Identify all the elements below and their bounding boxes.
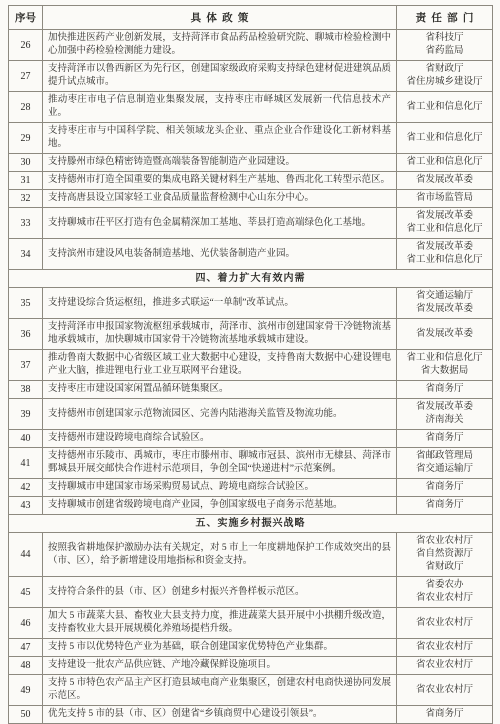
department-cell: 省科技厅省药监局	[397, 30, 493, 61]
policy-row: 37推动鲁南大数据中心省级区域工业大数据中心建设，支持鲁南大数据中心建设锂电产业…	[9, 350, 493, 381]
policy-row: 33支持聊城市茌平区打造有色金属精深加工基地、莘县打造高端绿色化工基地。省发展改…	[9, 208, 493, 239]
policy-row: 44按照我省耕地保护激励办法有关规定，对 5 市上一年度耕地保护工作成效突出的县…	[9, 533, 493, 577]
row-number: 43	[9, 497, 43, 515]
department-cell: 省市场监管局	[397, 190, 493, 208]
department-name: 济南海关	[398, 414, 491, 427]
row-number: 33	[9, 208, 43, 239]
policy-row: 27支持菏泽市以鲁西新区为先行区，创建国家级政府采购支持绿色建材促进建筑品质提升…	[9, 61, 493, 92]
department-name: 省工业和信息化厅	[398, 254, 491, 267]
department-name: 省发展改革委	[398, 303, 491, 316]
department-name: 省商务厅	[398, 481, 491, 494]
row-number: 44	[9, 533, 43, 577]
document-page: 序号 具 体 政 策 责 任 部 门 26加快推进医药产业创新发展，支持菏泽市食…	[0, 0, 500, 724]
department-cell: 省商务厅	[397, 497, 493, 515]
section-title: 五、实施乡村振兴战略	[9, 515, 493, 533]
department-name: 省发展改革委	[398, 401, 491, 414]
policy-row: 32支持高唐县设立国家轻工业食品质量监督检测中心山东分中心。省市场监管局	[9, 190, 493, 208]
department-cell: 省发展改革委省工业和信息化厅	[397, 208, 493, 239]
policy-text: 支持德州市乐陵市、禹城市，枣庄市滕州市、聊城市冠县、滨州市无棣县、菏泽市鄄城县开…	[43, 448, 397, 479]
policy-row: 28推动枣庄市电子信息制造业集聚发展，支持枣庄市峄城区发展新一代信息技术产业。省…	[9, 92, 493, 123]
row-number: 48	[9, 657, 43, 675]
department-name: 省大数据局	[398, 365, 491, 378]
row-number: 36	[9, 319, 43, 350]
row-number: 29	[9, 123, 43, 154]
row-number: 46	[9, 608, 43, 639]
section-title: 四、着力扩大有效内需	[9, 270, 493, 288]
department-name: 省委农办	[398, 579, 491, 592]
department-name: 省农业农村厅	[398, 535, 491, 548]
department-cell: 省商务厅	[397, 706, 493, 724]
department-name: 省交通运输厅	[398, 463, 491, 476]
policy-text: 支持 5 市以优势特色产业为基础，联合创建国家优势特色产业集群。	[43, 639, 397, 657]
row-number: 47	[9, 639, 43, 657]
policy-row: 42支持聊城市申建国家市场采购贸易试点、跨境电商综合试验区。省商务厅	[9, 479, 493, 497]
department-name: 省发展改革委	[398, 241, 491, 254]
department-name: 省自然资源厅	[398, 548, 491, 561]
row-number: 42	[9, 479, 43, 497]
policy-row: 43支持聊城市创建省级跨境电商产业园，争创国家级电子商务示范基地。省商务厅	[9, 497, 493, 515]
department-name: 省工业和信息化厅	[398, 101, 491, 114]
department-name: 省农业农村厅	[398, 617, 491, 630]
policy-row: 40支持德州市建设跨境电商综合试验区。省商务厅	[9, 430, 493, 448]
row-number: 35	[9, 288, 43, 319]
row-number: 31	[9, 172, 43, 190]
department-cell: 省商务厅	[397, 381, 493, 399]
row-number: 45	[9, 577, 43, 608]
department-cell: 省邮政管理局省交通运输厅	[397, 448, 493, 479]
department-cell: 省发展改革委省工业和信息化厅	[397, 239, 493, 270]
policy-row: 36支持菏泽市申报国家物流枢纽承载城市，菏泽市、滨州市创建国家骨干冷链物流基地承…	[9, 319, 493, 350]
policy-row: 41支持德州市乐陵市、禹城市，枣庄市滕州市、聊城市冠县、滨州市无棣县、菏泽市鄄城…	[9, 448, 493, 479]
policy-text: 按照我省耕地保护激励办法有关规定，对 5 市上一年度耕地保护工作成效突出的县（市…	[43, 533, 397, 577]
department-name: 省农业农村厅	[398, 592, 491, 605]
department-cell: 省委农办省农业农村厅	[397, 577, 493, 608]
department-cell: 省商务厅	[397, 430, 493, 448]
row-number: 26	[9, 30, 43, 61]
department-name: 省工业和信息化厅	[398, 132, 491, 145]
department-name: 省商务厅	[398, 708, 491, 721]
policy-text: 加大 5 市蔬菜大县、畜牧业大县支持力度，推进蔬菜大县开展中小拱棚升级改造，支持…	[43, 608, 397, 639]
policy-row: 49支持 5 市特色农产品主产区打造县域电商产业集聚区，创建农村电商快递协同发展…	[9, 675, 493, 706]
department-name: 省邮政管理局	[398, 450, 491, 463]
department-cell: 省发展改革委济南海关	[397, 399, 493, 430]
policy-text: 加快推进医药产业创新发展，支持菏泽市食品药品检验研究院、聊城市检验检测中心加强中…	[43, 30, 397, 61]
policy-text: 支持菏泽市以鲁西新区为先行区，创建国家级政府采购支持绿色建材促进建筑品质提升试点…	[43, 61, 397, 92]
row-number: 41	[9, 448, 43, 479]
department-name: 省发展改革委	[398, 328, 491, 341]
department-name: 省农业农村厅	[398, 684, 491, 697]
department-name: 省财政厅	[398, 63, 491, 76]
policy-text: 支持枣庄市与中国科学院、相关领域龙头企业、重点企业合作建设化工新材料基地。	[43, 123, 397, 154]
row-number: 27	[9, 61, 43, 92]
department-name: 省商务厅	[398, 383, 491, 396]
department-name: 省药监局	[398, 45, 491, 58]
policy-text: 支持聊城市茌平区打造有色金属精深加工基地、莘县打造高端绿色化工基地。	[43, 208, 397, 239]
row-number: 50	[9, 706, 43, 724]
policy-row: 50优先支持 5 市的县（市、区）创建省“乡镇商贸中心建设引领县”。省商务厅	[9, 706, 493, 724]
department-name: 省农业农村厅	[398, 641, 491, 654]
policy-text: 支持建设一批农产品供应链、产地冷藏保鲜设施项目。	[43, 657, 397, 675]
policy-text: 支持菏泽市申报国家物流枢纽承载城市，菏泽市、滨州市创建国家骨干冷链物流基地承载城…	[43, 319, 397, 350]
policy-row: 47支持 5 市以优势特色产业为基础，联合创建国家优势特色产业集群。省农业农村厅	[9, 639, 493, 657]
policy-text: 支持聊城市创建省级跨境电商产业园，争创国家级电子商务示范基地。	[43, 497, 397, 515]
policy-row: 48支持建设一批农产品供应链、产地冷藏保鲜设施项目。省农业农村厅	[9, 657, 493, 675]
department-cell: 省工业和信息化厅	[397, 92, 493, 123]
policy-row: 38支持枣庄市建设国家闲置品循环链集聚区。省商务厅	[9, 381, 493, 399]
department-cell: 省农业农村厅	[397, 657, 493, 675]
section-row: 四、着力扩大有效内需	[9, 270, 493, 288]
row-number: 30	[9, 154, 43, 172]
row-number: 37	[9, 350, 43, 381]
department-name: 省发展改革委	[398, 210, 491, 223]
row-number: 28	[9, 92, 43, 123]
policy-text: 支持枣庄市建设国家闲置品循环链集聚区。	[43, 381, 397, 399]
department-cell: 省财政厅省住房城乡建设厅	[397, 61, 493, 92]
row-number: 32	[9, 190, 43, 208]
policy-row: 29支持枣庄市与中国科学院、相关领域龙头企业、重点企业合作建设化工新材料基地。省…	[9, 123, 493, 154]
section-row: 五、实施乡村振兴战略	[9, 515, 493, 533]
department-name: 省商务厅	[398, 499, 491, 512]
department-cell: 省工业和信息化厅省大数据局	[397, 350, 493, 381]
row-number: 39	[9, 399, 43, 430]
policy-text: 支持滨州市建设风电装备制造基地、光伏装备制造产业园。	[43, 239, 397, 270]
policy-text: 支持滕州市绿色精密铸造暨高端装备智能制造产业园建设。	[43, 154, 397, 172]
row-number: 38	[9, 381, 43, 399]
policy-text: 优先支持 5 市的县（市、区）创建省“乡镇商贸中心建设引领县”。	[43, 706, 397, 724]
department-name: 省工业和信息化厅	[398, 352, 491, 365]
policy-row: 39支持德州市创建国家示范物流园区、完善内陆港海关监管及物流功能。省发展改革委济…	[9, 399, 493, 430]
department-cell: 省发展改革委	[397, 319, 493, 350]
department-name: 省商务厅	[398, 432, 491, 445]
policy-text: 支持德州市创建国家示范物流园区、完善内陆港海关监管及物流功能。	[43, 399, 397, 430]
department-cell: 省工业和信息化厅	[397, 123, 493, 154]
policy-text: 支持 5 市特色农产品主产区打造县域电商产业集聚区，创建农村电商快递协同发展示范…	[43, 675, 397, 706]
department-cell: 省发展改革委	[397, 172, 493, 190]
row-number: 40	[9, 430, 43, 448]
column-header-number: 序号	[9, 6, 43, 30]
department-cell: 省农业农村厅	[397, 608, 493, 639]
department-name: 省工业和信息化厅	[398, 156, 491, 169]
department-name: 省财政厅	[398, 561, 491, 574]
department-name: 省交通运输厅	[398, 290, 491, 303]
department-cell: 省农业农村厅省自然资源厅省财政厅	[397, 533, 493, 577]
department-cell: 省农业农村厅	[397, 675, 493, 706]
policy-text: 支持符合条件的县（市、区）创建乡村振兴齐鲁样板示范区。	[43, 577, 397, 608]
policy-table: 序号 具 体 政 策 责 任 部 门 26加快推进医药产业创新发展，支持菏泽市食…	[8, 5, 493, 724]
policy-text: 支持建设综合货运枢纽，推进多式联运“一单制”改革试点。	[43, 288, 397, 319]
department-name: 省住房城乡建设厅	[398, 76, 491, 89]
policy-row: 46加大 5 市蔬菜大县、畜牧业大县支持力度，推进蔬菜大县开展中小拱棚升级改造，…	[9, 608, 493, 639]
department-cell: 省农业农村厅	[397, 639, 493, 657]
department-cell: 省商务厅	[397, 479, 493, 497]
policy-text: 支持德州市打造全国重要的集成电路关键材料生产基地、鲁西北化工转型示范区。	[43, 172, 397, 190]
department-cell: 省交通运输厅省发展改革委	[397, 288, 493, 319]
column-header-policy: 具 体 政 策	[43, 6, 397, 30]
policy-text: 支持聊城市申建国家市场采购贸易试点、跨境电商综合试验区。	[43, 479, 397, 497]
department-name: 省市场监管局	[398, 192, 491, 205]
department-cell: 省工业和信息化厅	[397, 154, 493, 172]
department-name: 省农业农村厅	[398, 659, 491, 672]
policy-row: 45支持符合条件的县（市、区）创建乡村振兴齐鲁样板示范区。省委农办省农业农村厅	[9, 577, 493, 608]
policy-text: 推动鲁南大数据中心省级区域工业大数据中心建设，支持鲁南大数据中心建设锂电产业大脑…	[43, 350, 397, 381]
policy-text: 支持德州市建设跨境电商综合试验区。	[43, 430, 397, 448]
policy-row: 35支持建设综合货运枢纽，推进多式联运“一单制”改革试点。省交通运输厅省发展改革…	[9, 288, 493, 319]
header-row: 序号 具 体 政 策 责 任 部 门	[9, 6, 493, 30]
policy-row: 34支持滨州市建设风电装备制造基地、光伏装备制造产业园。省发展改革委省工业和信息…	[9, 239, 493, 270]
policy-text: 支持高唐县设立国家轻工业食品质量监督检测中心山东分中心。	[43, 190, 397, 208]
department-name: 省工业和信息化厅	[398, 223, 491, 236]
policy-row: 30支持滕州市绿色精密铸造暨高端装备智能制造产业园建设。省工业和信息化厅	[9, 154, 493, 172]
department-name: 省科技厅	[398, 32, 491, 45]
department-name: 省发展改革委	[398, 174, 491, 187]
policy-row: 26加快推进医药产业创新发展，支持菏泽市食品药品检验研究院、聊城市检验检测中心加…	[9, 30, 493, 61]
row-number: 34	[9, 239, 43, 270]
row-number: 49	[9, 675, 43, 706]
policy-text: 推动枣庄市电子信息制造业集聚发展，支持枣庄市峄城区发展新一代信息技术产业。	[43, 92, 397, 123]
column-header-department: 责 任 部 门	[397, 6, 493, 30]
policy-row: 31支持德州市打造全国重要的集成电路关键材料生产基地、鲁西北化工转型示范区。省发…	[9, 172, 493, 190]
